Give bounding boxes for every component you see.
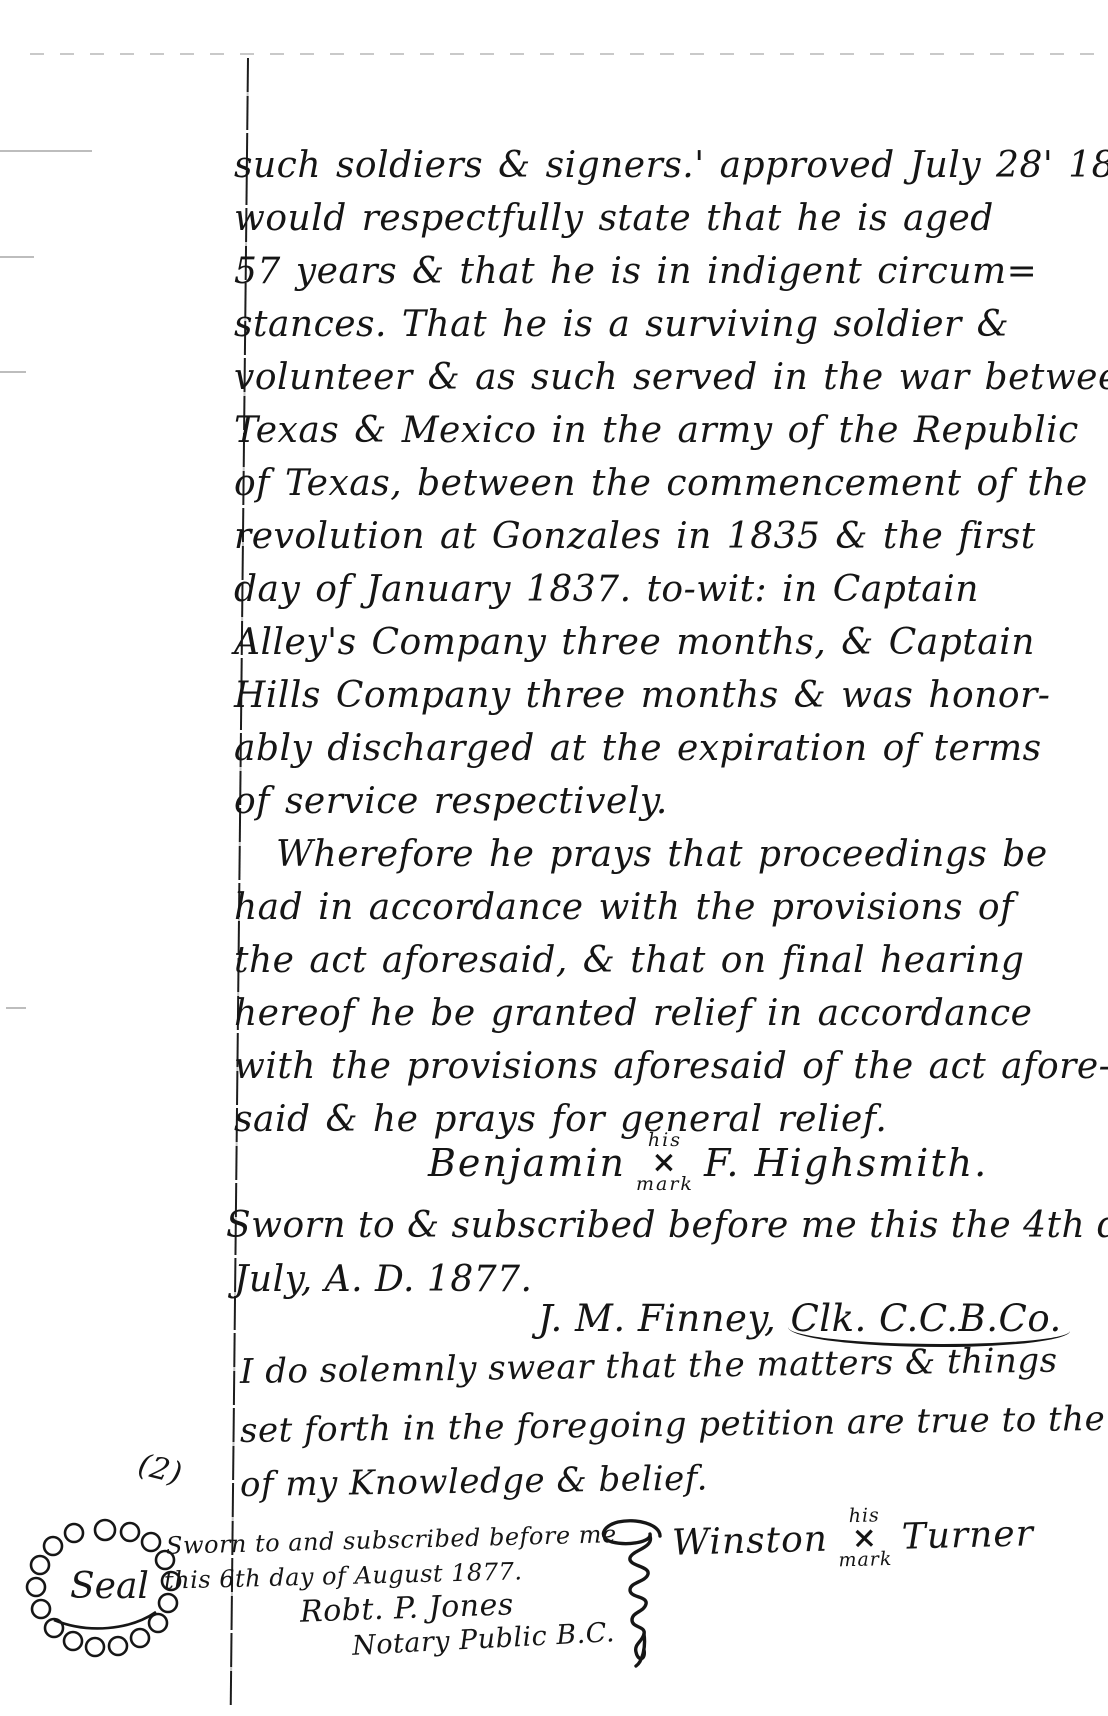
signature-turner: Winston his × mark Turner xyxy=(671,1503,1034,1574)
petition-line: the act aforesaid, & that on final heari… xyxy=(234,943,1024,979)
scan-artifact xyxy=(0,150,92,152)
petition-line: of service respectively. xyxy=(234,784,668,820)
scan-artifact xyxy=(0,371,26,373)
signature-last-name: Turner xyxy=(901,1516,1034,1555)
mark-label: mark xyxy=(838,1551,892,1570)
petition-line: Hills Company three months & was honor- xyxy=(234,678,1050,714)
affidavit-line: set forth in the foregoing petition are … xyxy=(240,1401,1108,1448)
officer-name: J. M. Finney, xyxy=(538,1297,776,1340)
petition-line: stances. That he is a surviving soldier … xyxy=(234,307,1009,343)
document-page: such soldiers & signers.' approved July … xyxy=(0,0,1108,1716)
petition-line: Wherefore he prays that proceedings be xyxy=(234,837,1048,873)
jurat1-date-line: July, A. D. 1877. xyxy=(234,1262,533,1298)
petition-line: with the provisions aforesaid of the act… xyxy=(234,1049,1108,1085)
petition-line: Texas & Mexico in the army of the Republ… xyxy=(234,413,1079,449)
petition-line: day of January 1837. to-wit: in Captain xyxy=(234,572,979,608)
page-number-marker: (2) xyxy=(135,1450,185,1490)
his-mark-cross: his × mark xyxy=(837,1507,893,1570)
petition-line: Alley's Company three months, & Captain xyxy=(234,625,1035,661)
petition-line: 57 years & that he is in indigent circum… xyxy=(234,254,1037,290)
petition-line: had in accordance with the provisions of xyxy=(234,890,1014,926)
petition-line: volunteer & as such served in the war be… xyxy=(234,360,1108,396)
petition-line: ably discharged at the expiration of ter… xyxy=(234,731,1042,767)
jurat1-officer-signature: J. M. Finney, Clk. C.C.B.Co. xyxy=(538,1300,1070,1347)
signature-last-name: F. Highsmith. xyxy=(704,1144,988,1182)
affidavit-line: of my Knowledge & belief. xyxy=(240,1461,708,1502)
signature-first-name: Winston xyxy=(672,1521,829,1561)
petition-line: hereof he be granted relief in accordanc… xyxy=(234,996,1032,1032)
coil-flourish-icon xyxy=(596,1514,670,1674)
officer-title: Clk. C.C.B.Co. xyxy=(788,1300,1069,1347)
petition-line: of Texas, between the commencement of th… xyxy=(234,466,1088,502)
seal-text: Seal xyxy=(70,1566,149,1607)
scan-artifact xyxy=(0,256,34,258)
notary-seal-icon: Seal xyxy=(26,1516,184,1666)
scan-top-rule xyxy=(30,53,1100,55)
petition-line: would respectfully state that he is aged xyxy=(234,201,994,237)
petition-line: such soldiers & signers.' approved July … xyxy=(234,148,1108,184)
x-mark: × xyxy=(647,1149,682,1176)
affidavit-line: I do solemnly swear that the matters & t… xyxy=(240,1344,1058,1389)
scan-artifact xyxy=(6,1007,26,1009)
his-mark-cross: his × mark xyxy=(636,1132,694,1193)
jurat1-line: Sworn to & subscribed before me this the… xyxy=(226,1208,1108,1244)
signature-first-name: Benjamin xyxy=(428,1144,626,1182)
signature-highsmith: Benjamin his × mark F. Highsmith. xyxy=(428,1132,988,1193)
jurat2-date-line: this 6th day of August 1877. xyxy=(164,1559,523,1592)
jurat2-officer-name: Robt. P. Jones xyxy=(300,1590,515,1627)
petition-line: revolution at Gonzales in 1835 & the fir… xyxy=(234,519,1036,555)
mark-label: mark xyxy=(636,1176,694,1193)
